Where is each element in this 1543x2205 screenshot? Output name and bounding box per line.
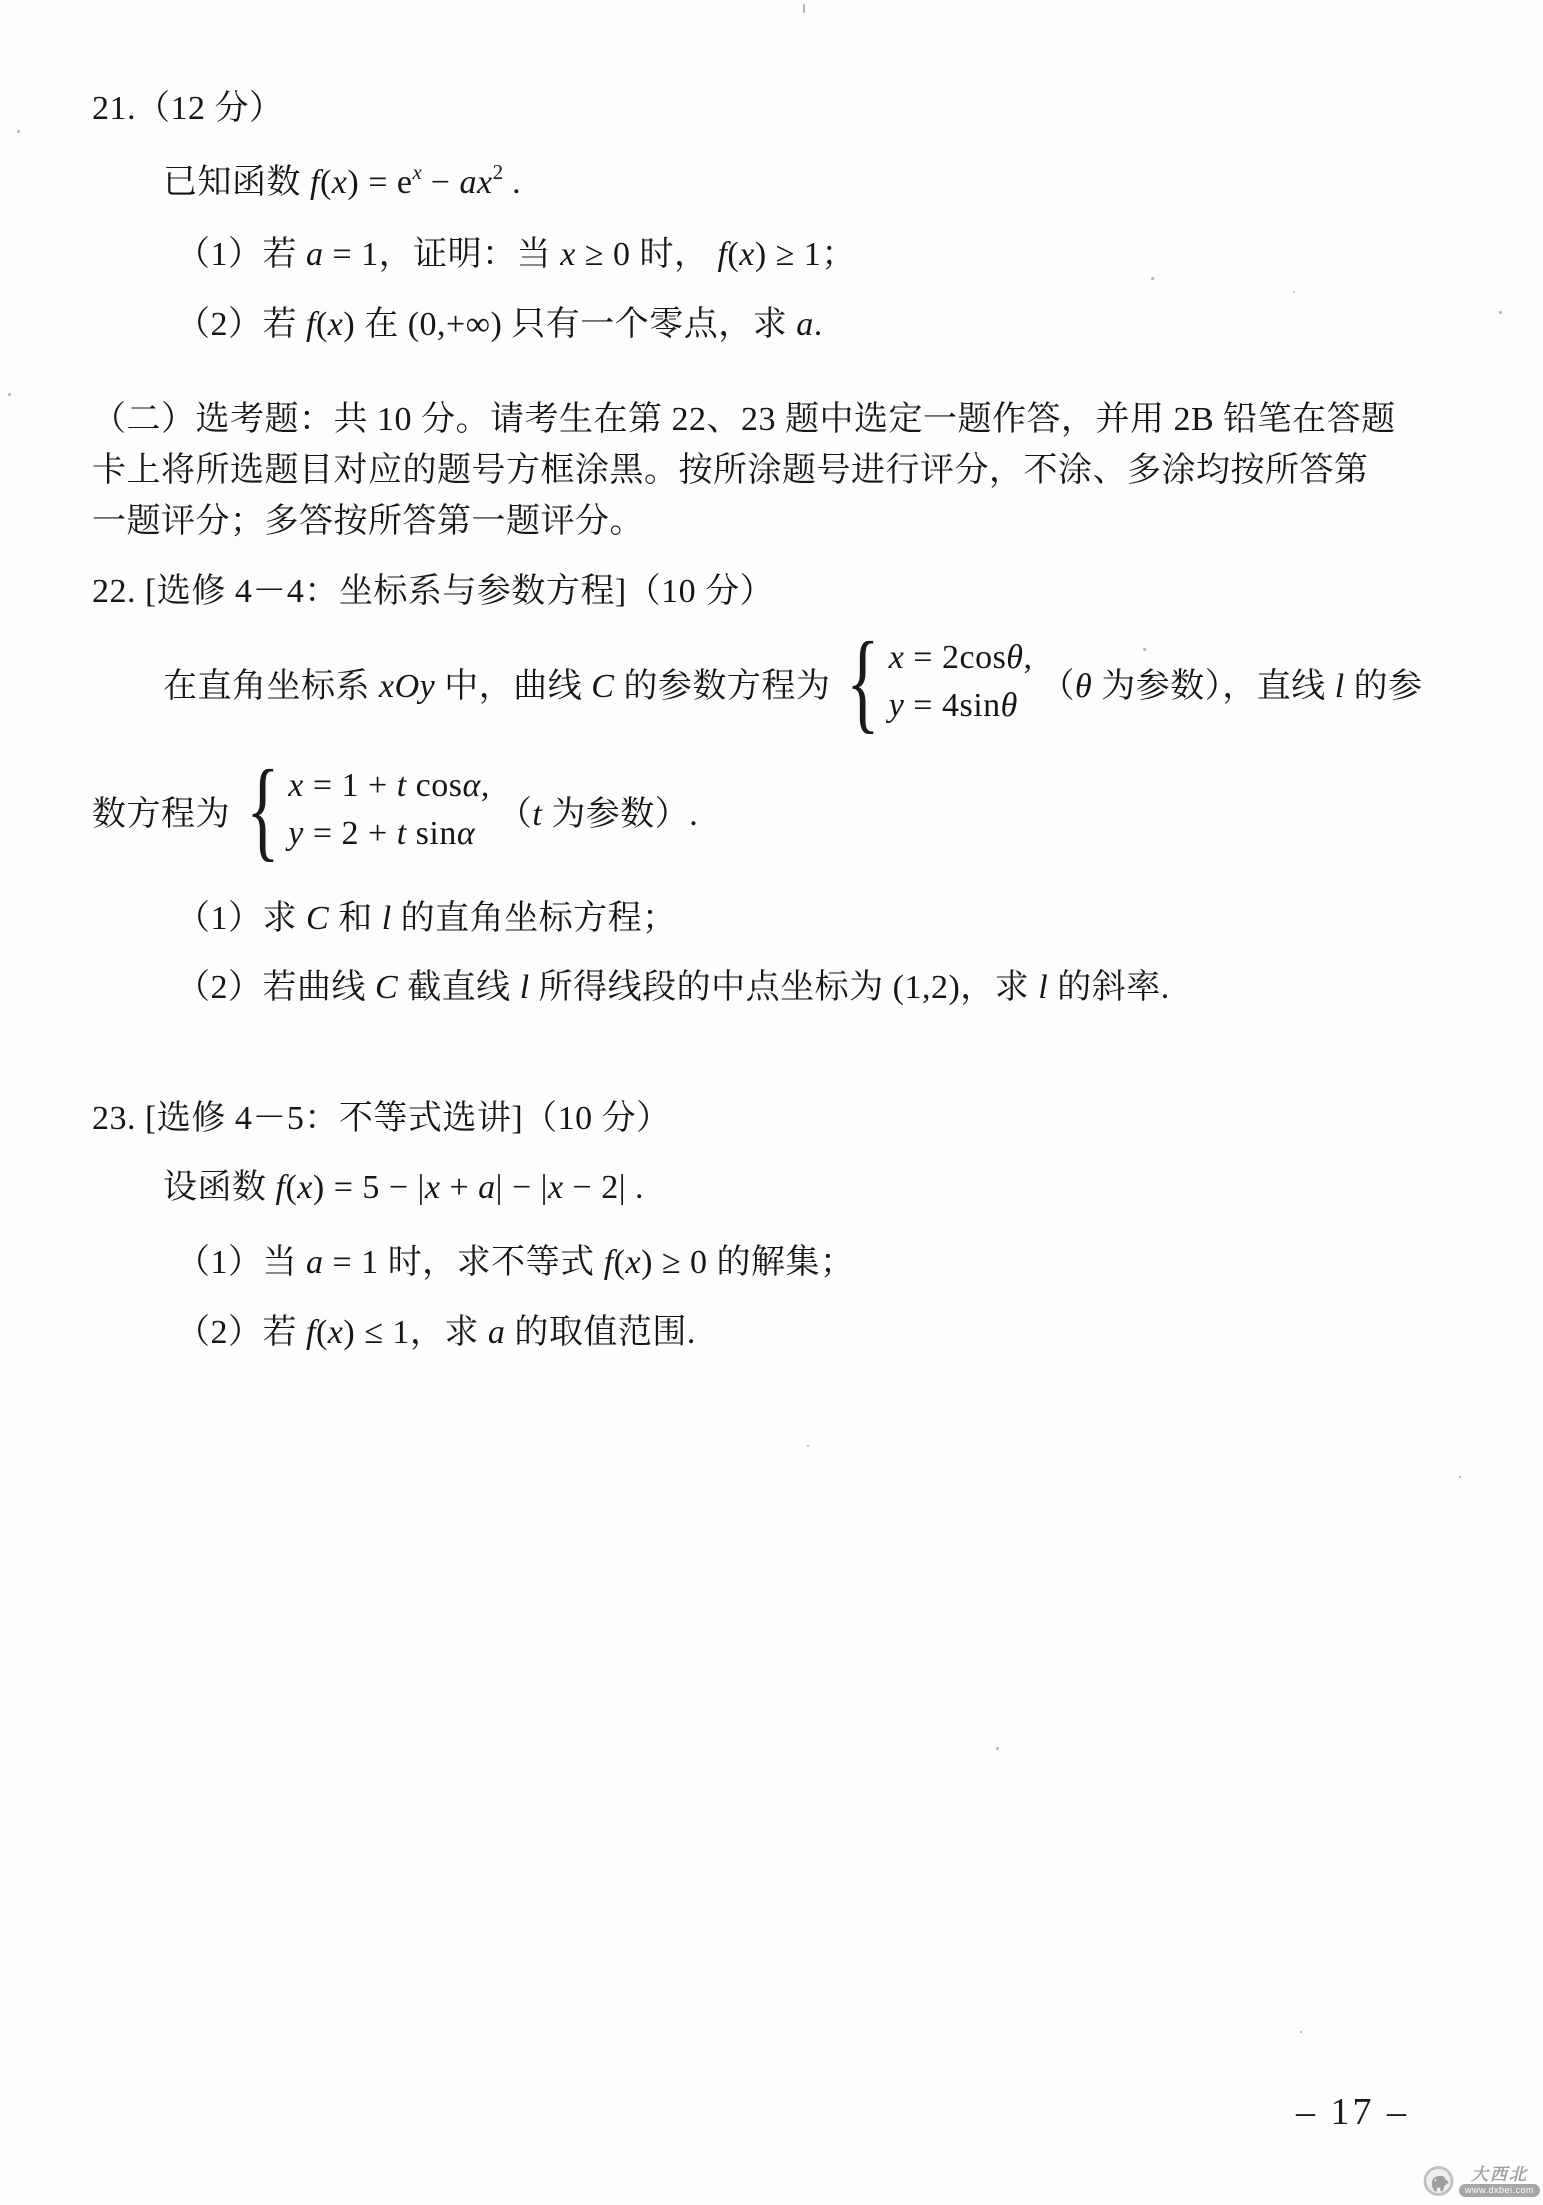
q22-intro-line2: 数方程为 { x = 1 + t cosα, y = 2 + t sinα （t… (92, 758, 698, 862)
q21-part1: （1）若 a = 1，证明：当 x ≥ 0 时， f(x) ≥ 1； (176, 233, 856, 277)
q21-part2: （2）若 f(x) 在 (0,+∞) 只有一个零点，求 a. (176, 303, 823, 347)
scan-speck (1499, 311, 1502, 314)
q22-intro2-prefix: 数方程为 (92, 786, 230, 835)
scan-speck (803, 4, 805, 13)
curly-brace-icon: { (847, 626, 881, 738)
q22-curve-c-row1: x = 2cosθ, (889, 637, 1033, 679)
scanned-exam-page: 21.（12 分） 已知函数 f(x) = ex − ax2 . （1）若 a … (0, 0, 1543, 2205)
scan-speck (1300, 2031, 1302, 2033)
q23-given: 设函数 f(x) = 5 − |x + a| − |x − 2| . (163, 1166, 644, 1210)
q21-given: 已知函数 f(x) = ex − ax2 . (163, 150, 521, 205)
q21-heading: 21.（12 分） (92, 87, 284, 131)
q22-part2: （2）若曲线 C 截直线 l 所得线段的中点坐标为 (1,2)，求 l 的斜率. (176, 966, 1170, 1010)
q23-heading: 23. [选修 4－5：不等式选讲]（10 分） (92, 1097, 671, 1141)
scan-speck (8, 393, 11, 396)
watermark: 大西北 www.dxbei.com (1422, 2160, 1540, 2202)
watermark-brand: 大西北 (1471, 2166, 1528, 2183)
scan-speck (1293, 291, 1295, 293)
q23-part1: （1）当 a = 1 时，求不等式 f(x) ≥ 0 的解集； (176, 1241, 855, 1285)
q22-line-l-cases: { x = 1 + t cosα, y = 2 + t sinα (236, 754, 490, 866)
q22-part1: （1）求 C 和 l 的直角坐标方程； (176, 897, 677, 941)
q22-curve-c-row2: y = 4sinθ (889, 685, 1033, 727)
page-number: – 17 – (1296, 2090, 1409, 2134)
curly-brace-icon: { (246, 754, 280, 866)
q22-intro1-suffix: （θ 为参数），直线 l 的参 (1041, 658, 1423, 707)
q22-intro-line1: 在直角坐标系 xOy 中，曲线 C 的参数方程为 { x = 2cosθ, y … (163, 630, 1423, 734)
scan-speck (996, 1747, 999, 1750)
scan-speck (1459, 1476, 1461, 1478)
q22-intro1-prefix: 在直角坐标系 xOy 中，曲线 C 的参数方程为 (163, 658, 830, 707)
scan-speck (807, 1445, 809, 1447)
q22-intro2-suffix: （t 为参数）. (498, 786, 698, 835)
q22-line-l-row1: x = 1 + t cosα, (288, 765, 490, 807)
scan-speck (1143, 648, 1146, 651)
section-note-line3: 一题评分；多答按所答第一题评分。 (92, 500, 644, 544)
q22-line-l-row2: y = 2 + t sinα (288, 813, 490, 855)
q22-curve-c-cases: { x = 2cosθ, y = 4sinθ (836, 626, 1032, 738)
scan-speck (1151, 277, 1154, 280)
q22-heading: 22. [选修 4－4：坐标系与参数方程]（10 分） (92, 570, 774, 614)
watermark-url: www.dxbei.com (1459, 2184, 1540, 2197)
q23-part2: （2）若 f(x) ≤ 1，求 a 的取值范围. (176, 1311, 696, 1355)
scan-speck (17, 130, 20, 133)
section-note-line2: 卡上将所选题目对应的题号方框涂黑。按所涂题号进行评分，不涂、多涂均按所答第 (92, 449, 1369, 493)
elephant-logo-icon (1422, 2160, 1455, 2202)
section-note-line1: （二）选考题：共 10 分。请考生在第 22、23 题中选定一题作答，并用 2B… (92, 398, 1396, 442)
